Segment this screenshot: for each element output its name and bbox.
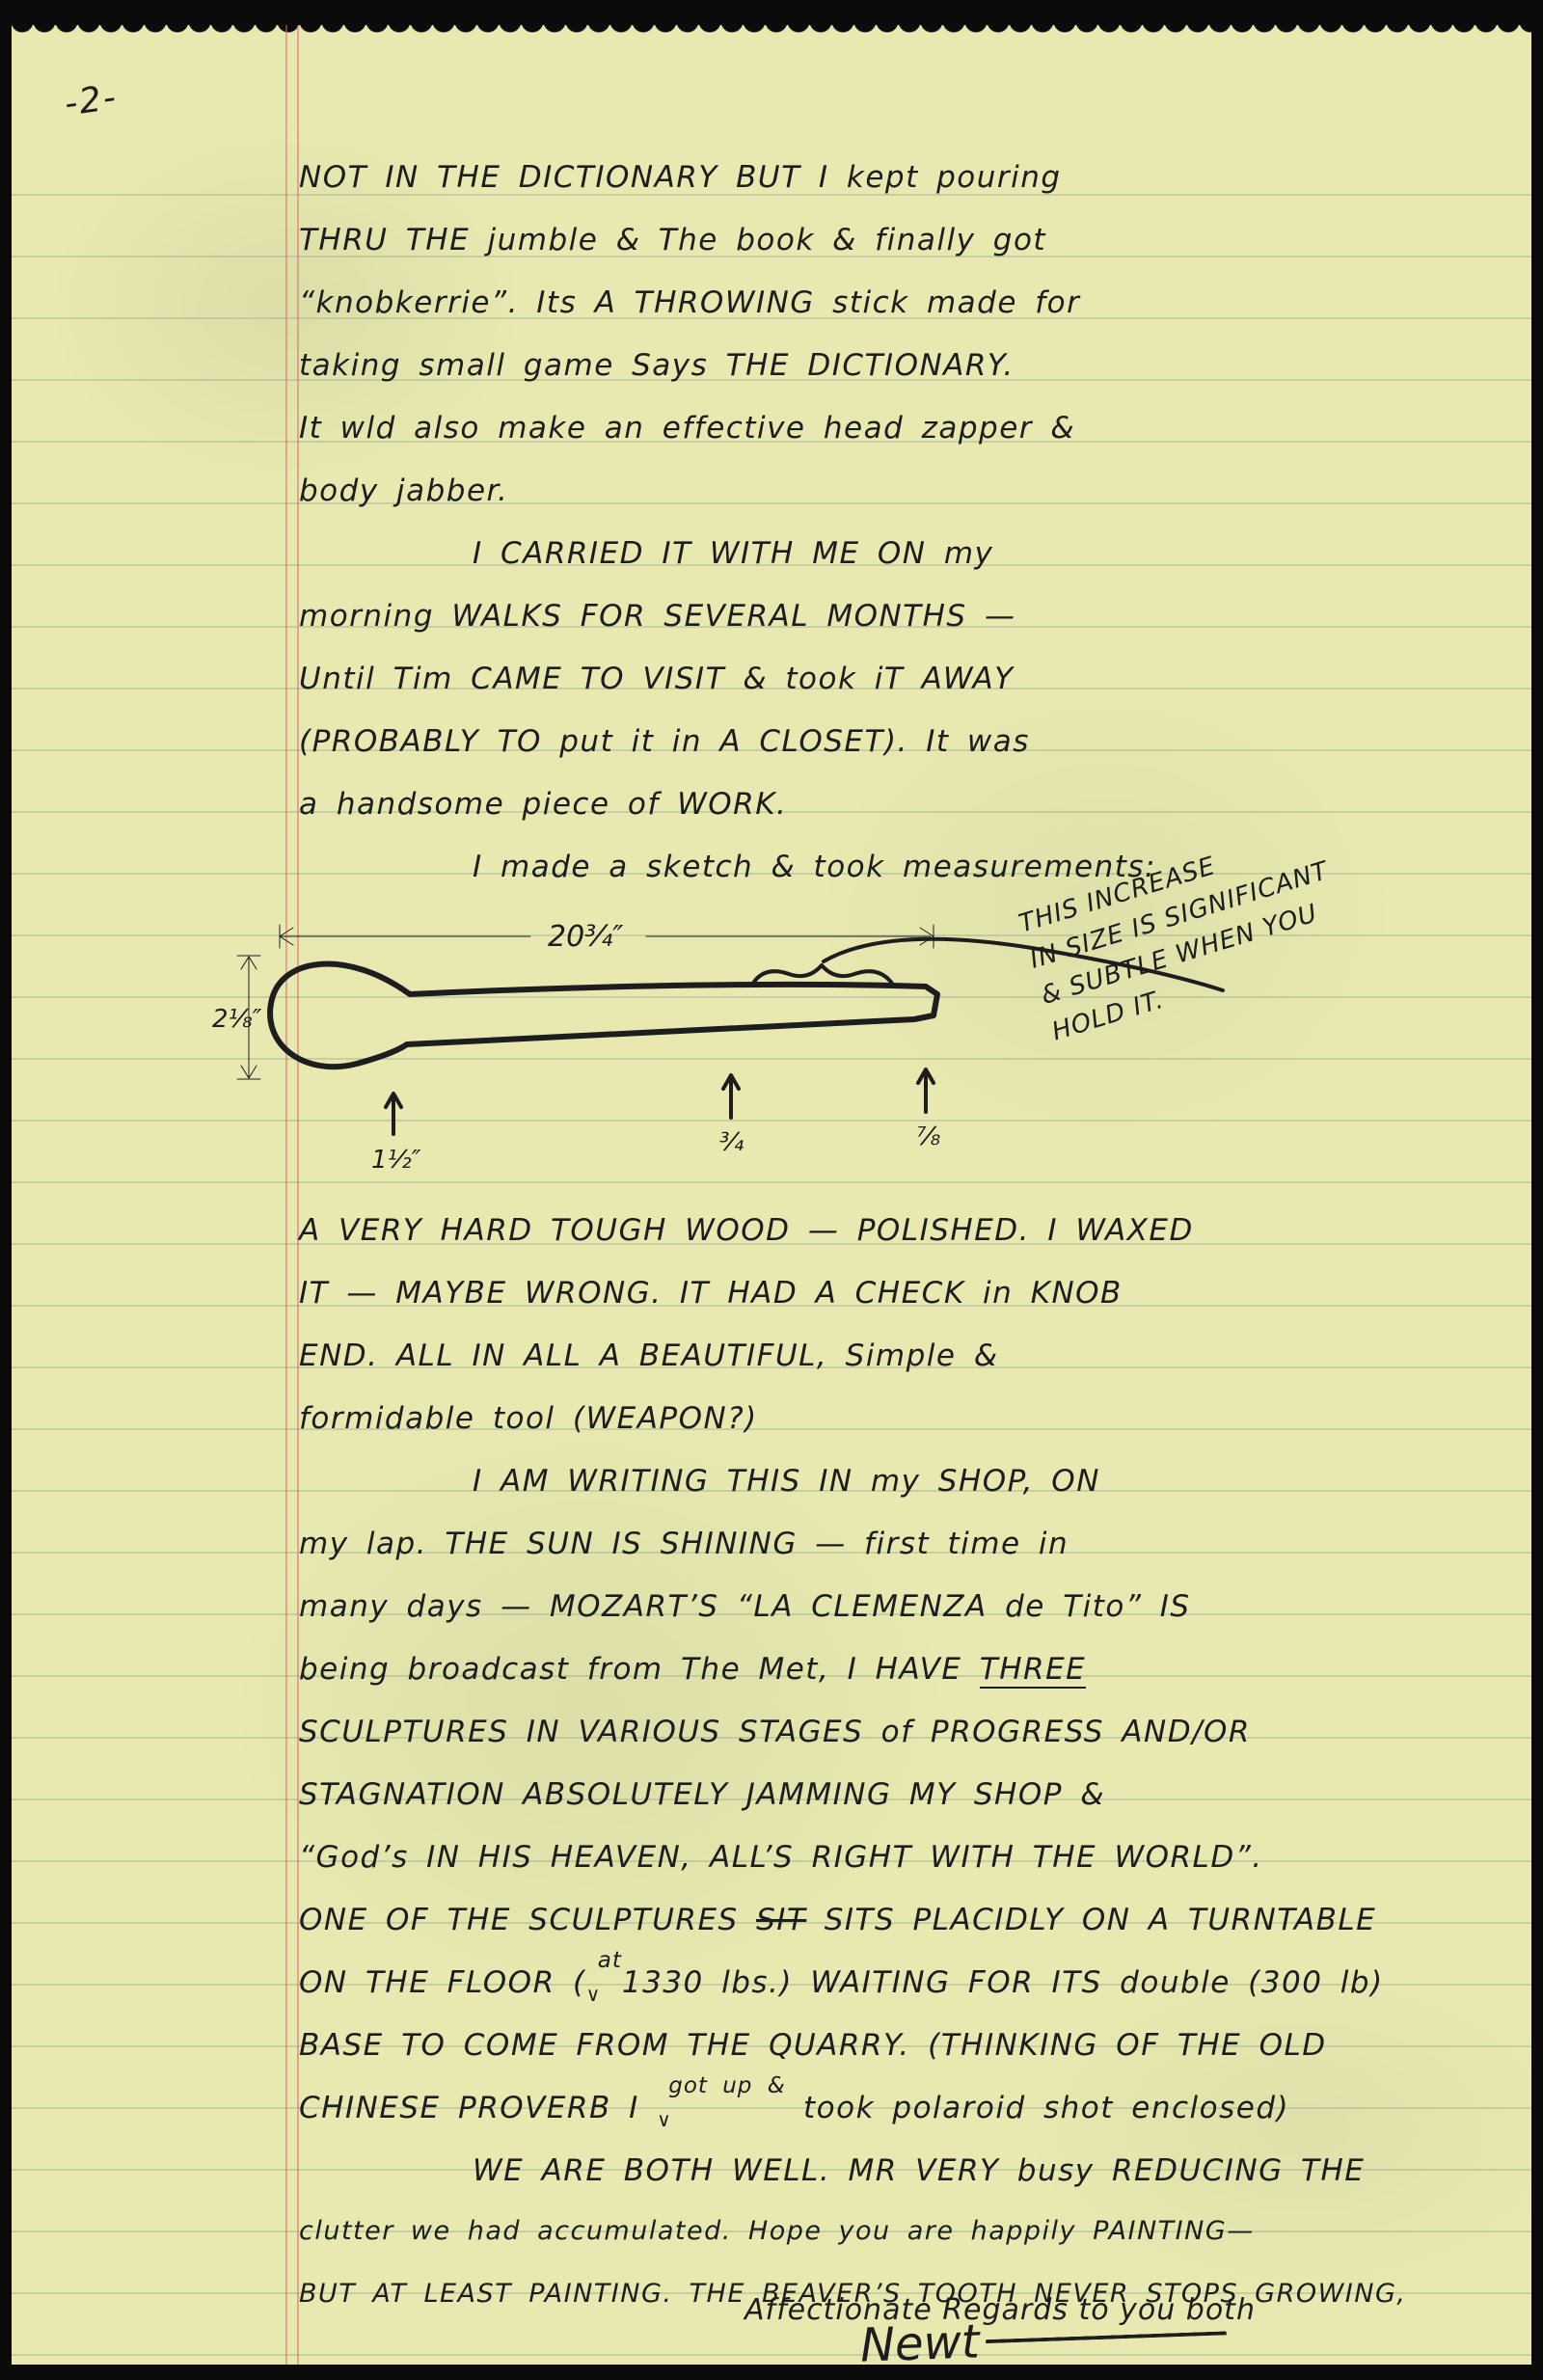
handwritten-text: taking small game Says THE DICTIONARY.: [299, 348, 1015, 383]
handwritten-text: WE ARE BOTH WELL. MR VERY busy REDUCING …: [473, 2153, 1365, 2188]
handwritten-text: I AM WRITING THIS IN my SHOP, ON: [473, 1464, 1100, 1499]
handwritten-text: SITS PLACIDLY ON A TURNTABLE: [806, 1903, 1376, 1937]
handwritten-line: A VERY HARD TOUGH WOOD — POLISHED. I WAX…: [299, 1213, 1194, 1248]
handwritten-line: a handsome piece of WORK.: [299, 787, 787, 822]
handwritten-line: my lap. THE SUN IS SHINING — first time …: [299, 1527, 1069, 1561]
legal-pad-page: -2- NOT IN THE DICTIONARY BUT I kept pou…: [12, 25, 1531, 2365]
handwritten-text: a handsome piece of WORK.: [299, 787, 787, 822]
handwritten-text: body jabber.: [299, 473, 508, 508]
height-dimension: 2⅛″: [212, 956, 262, 1079]
handwritten-text: 1330 lbs.) WAITING FOR ITS double (300 l…: [622, 1965, 1384, 2000]
length-dimension: 20¾″: [280, 920, 934, 954]
handwritten-line: “knobkerrie”. Its A THROWING stick made …: [299, 285, 1080, 320]
handwritten-text: SCULPTURES IN VARIOUS STAGES of PROGRESS…: [299, 1715, 1251, 1749]
handwritten-line: Until Tim CAME TO VISIT & took iT AWAY: [299, 662, 1015, 696]
handwritten-u: THREE: [980, 1652, 1086, 1689]
handwritten-text: THRU THE jumble & The book & finally got: [299, 223, 1046, 257]
handwritten-line: morning WALKS FOR SEVERAL MONTHS —: [299, 599, 1015, 634]
width-label: ⅞: [916, 1122, 940, 1151]
handwritten-line: THRU THE jumble & The book & finally got: [299, 223, 1046, 257]
page-number: -2-: [62, 77, 120, 123]
width-label: ¾: [719, 1128, 744, 1157]
handwritten-line: It wld also make an effective head zappe…: [299, 411, 1075, 446]
handwritten-text: END. ALL IN ALL A BEAUTIFUL, Simple &: [299, 1339, 999, 1373]
handwritten-text: many days — MOZART’S “LA CLEMENZA de Tit…: [299, 1589, 1191, 1624]
handwritten-line: WE ARE BOTH WELL. MR VERY busy REDUCING …: [473, 2153, 1365, 2188]
handwritten-line: many days — MOZART’S “LA CLEMENZA de Tit…: [299, 1589, 1191, 1624]
handwritten-text: my lap. THE SUN IS SHINING — first time …: [299, 1527, 1069, 1561]
handwritten-text: IT — MAYBE WRONG. IT HAD A CHECK in KNOB: [299, 1276, 1123, 1311]
torn-perforation-edge: [12, 24, 1531, 45]
handwritten-text: formidable tool (WEAPON?): [299, 1401, 758, 1436]
handwritten-line: ON THE FLOOR (∨at1330 lbs.) WAITING FOR …: [299, 1965, 1384, 2000]
handwritten-text: took polaroid shot enclosed): [786, 2091, 1289, 2125]
handwritten-text: (PROBABLY TO put it in A CLOSET). It was: [299, 724, 1030, 759]
handwritten-text: ONE OF THE SCULPTURES: [299, 1903, 756, 1937]
width-arrow-knob-neck: 1½″: [371, 1094, 421, 1175]
handwritten-line: I CARRIED IT WITH ME ON my: [473, 536, 993, 571]
handwritten-line: being broadcast from The Met, I HAVE THR…: [299, 1652, 1086, 1687]
handwritten-text: ON THE FLOOR (: [299, 1965, 586, 2000]
handwritten-caret: ∨: [586, 1983, 602, 2006]
handwritten-line: SCULPTURES IN VARIOUS STAGES of PROGRESS…: [299, 1715, 1251, 1749]
handwritten-text: “knobkerrie”. Its A THROWING stick made …: [299, 285, 1080, 320]
signature-name: Newt: [859, 2314, 980, 2372]
photo-backdrop: { "meta": { "page_number": "-2-" }, "col…: [0, 0, 1543, 2380]
height-label: 2⅛″: [212, 1005, 262, 1034]
handwritten-line: CHINESE PROVERB I ∨got up & took polaroi…: [299, 2091, 1289, 2125]
width-label: 1½″: [371, 1146, 421, 1175]
handwritten-text: NOT IN THE DICTIONARY BUT I kept pouring: [299, 160, 1062, 195]
handwritten-text: clutter we had accumulated. Hope you are…: [299, 2216, 1255, 2246]
handwritten-text: Until Tim CAME TO VISIT & took iT AWAY: [299, 662, 1015, 696]
handwritten-text: I made a sketch & took measurements:: [473, 850, 1156, 884]
handwritten-line: taking small game Says THE DICTIONARY.: [299, 348, 1015, 383]
handwritten-text: STAGNATION ABSOLUTELY JAMMING MY SHOP &: [299, 1777, 1105, 1812]
margin-line: [285, 25, 287, 2365]
handwritten-line: ONE OF THE SCULPTURES SIT SITS PLACIDLY …: [299, 1903, 1376, 1937]
handwritten-strike: SIT: [756, 1903, 806, 1937]
handwritten-text: BASE TO COME FROM THE QUARRY. (THINKING …: [299, 2028, 1327, 2063]
club-outline: [270, 964, 937, 1068]
handwritten-line: (PROBABLY TO put it in A CLOSET). It was: [299, 724, 1030, 759]
handwritten-caret: ∨: [657, 2108, 672, 2131]
handwritten-line: clutter we had accumulated. Hope you are…: [299, 2216, 1255, 2246]
handwritten-text: CHINESE PROVERB I: [299, 2091, 657, 2125]
handwritten-line: STAGNATION ABSOLUTELY JAMMING MY SHOP &: [299, 1777, 1105, 1812]
handwritten-line: formidable tool (WEAPON?): [299, 1401, 758, 1436]
handwritten-line: IT — MAYBE WRONG. IT HAD A CHECK in KNOB: [299, 1276, 1123, 1311]
handwritten-text: A VERY HARD TOUGH WOOD — POLISHED. I WAX…: [299, 1213, 1194, 1248]
handwritten-text: morning WALKS FOR SEVERAL MONTHS —: [299, 599, 1015, 634]
signature-flourish: [985, 2331, 1226, 2347]
handwritten-line: body jabber.: [299, 473, 508, 508]
width-arrow-mid-shaft: ¾: [719, 1075, 744, 1157]
handwritten-line: I made a sketch & took measurements:: [473, 850, 1156, 884]
handwritten-line: END. ALL IN ALL A BEAUTIFUL, Simple &: [299, 1339, 999, 1373]
handwritten-text: I CARRIED IT WITH ME ON my: [473, 536, 993, 571]
handwritten-insert: at: [598, 1948, 622, 1973]
handwritten-insert: got up &: [668, 2073, 785, 2098]
handwritten-text: “God’s IN HIS HEAVEN, ALL’S RIGHT WITH T…: [299, 1840, 1263, 1875]
width-arrow-tip: ⅞: [916, 1069, 940, 1151]
handwritten-line: “God’s IN HIS HEAVEN, ALL’S RIGHT WITH T…: [299, 1840, 1263, 1875]
handwritten-line: NOT IN THE DICTIONARY BUT I kept pouring: [299, 160, 1062, 195]
handwritten-text: It wld also make an effective head zappe…: [299, 411, 1075, 446]
length-label: 20¾″: [548, 920, 624, 954]
handwritten-text: being broadcast from The Met, I HAVE: [299, 1652, 980, 1687]
handwritten-line: BASE TO COME FROM THE QUARRY. (THINKING …: [299, 2028, 1327, 2063]
handwritten-line: I AM WRITING THIS IN my SHOP, ON: [473, 1464, 1100, 1499]
